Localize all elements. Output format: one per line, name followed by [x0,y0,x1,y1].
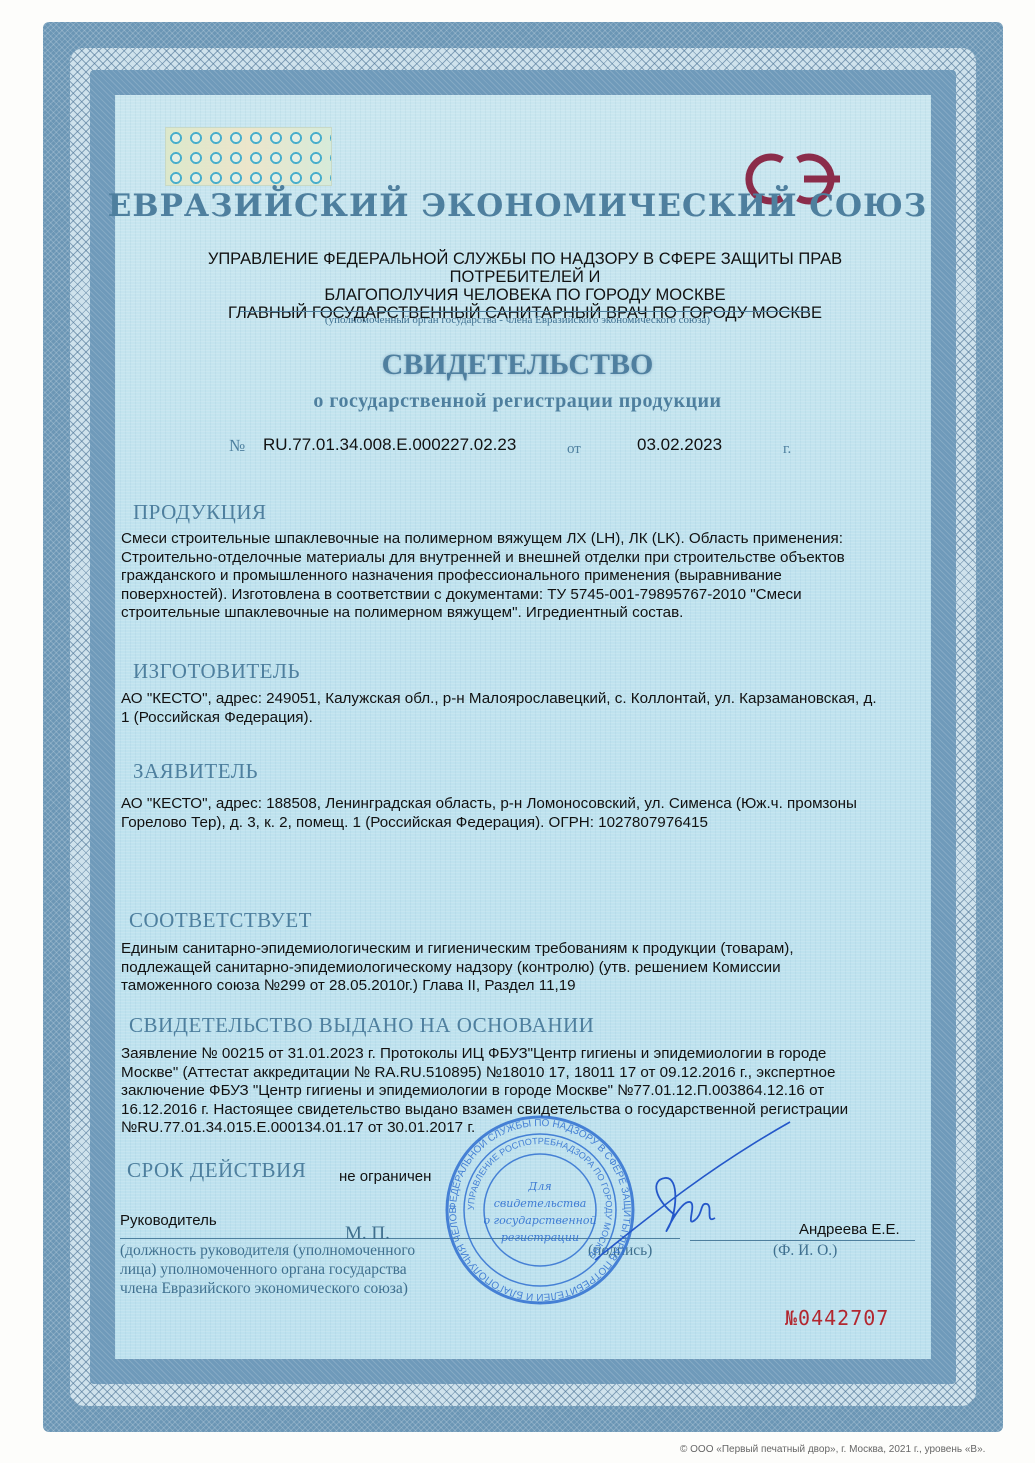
text-line: заключение ФБУЗ "Центр гигиены и эпидеми… [121,1082,848,1101]
text-line: члена Евразийского экономического союза) [120,1279,415,1298]
text-line: гражданского и промышленного назначения … [121,567,845,586]
section-title-basis: СВИДЕТЕЛЬСТВО ВЫДАНО НА ОСНОВАНИИ [129,1013,594,1038]
text-line: Горелово Тер), д. 3, к. 2, помещ. 1 (Рос… [121,814,857,833]
svg-text:свидетельства: свидетельства [494,1197,587,1210]
text-line: подлежащей санитарно-эпидемиологическому… [121,959,794,978]
section-title-manufacturer: ИЗГОТОВИТЕЛЬ [133,659,300,684]
text-line: 1 (Российская Федерация). [121,709,877,728]
text-line: поверхностей). Изготовлена в соответстви… [121,586,845,605]
text-line: Москве" (Аттестат аккредитации № RA.RU.5… [121,1064,848,1083]
certificate-subtitle: о государственной регистрации продукции [0,390,1035,413]
svg-text:о государственной: о государственной [483,1214,596,1227]
from-label: от [567,441,581,458]
text-line: АО "КЕСТО", адрес: 249051, Калужская обл… [121,690,877,709]
text-line: Заявление № 00215 от 31.01.2023 г. Прото… [121,1045,848,1064]
hologram-icon [165,127,332,186]
agency-note: (уполномоченный орган государства - член… [0,314,1035,326]
certificate-date: 03.02.2023 [637,435,722,455]
section-title-validity: СРОК ДЕЙСТВИЯ [127,1158,306,1183]
certificate-title: СВИДЕТЕЛЬСТВО [0,348,1035,382]
text-line: (должность руководителя (уполномоченного [120,1241,415,1260]
svg-text:Для: Для [527,1180,551,1193]
certificate-number: RU.77.01.34.008.E.000227.02.23 [263,435,516,455]
certificate-number-row: № RU.77.01.34.008.E.000227.02.23 от 03.0… [0,432,1035,462]
text-line: Единым санитарно-эпидемиологическим и ги… [121,940,794,959]
signatory-position: Руководитель [120,1212,217,1229]
text-line: Строительно-отделочные материалы для вну… [121,549,845,568]
section-title-applicant: ЗАЯВИТЕЛЬ [133,759,258,784]
text-line: Смеси строительные шпаклевочные на полим… [121,530,845,549]
text-line: АО "КЕСТО", адрес: 188508, Ленинградская… [121,795,857,814]
section-title-product: ПРОДУКЦИЯ [133,500,267,525]
year-suffix: г. [783,441,791,458]
position-note: (должность руководителя (уполномоченного… [120,1241,415,1298]
validity-value: не ограничен [339,1168,431,1185]
form-serial-number: №0442707 [785,1306,889,1330]
agency-line: УПРАВЛЕНИЕ ФЕДЕРАЛЬНОЙ СЛУЖБЫ ПО НАДЗОРУ… [140,250,910,286]
handwritten-signature [585,1120,815,1270]
divider [240,311,810,312]
union-title: ЕВРАЗИЙСКИЙ ЭКОНОМИЧЕСКИЙ СОЮЗ [0,188,1035,224]
section-title-conforms: СООТВЕТСТВУЕТ [129,908,312,933]
section-body-applicant: АО "КЕСТО", адрес: 188508, Ленинградская… [121,795,857,832]
printer-note: © ООО «Первый печатный двор», г. Москва,… [680,1444,985,1455]
text-line: строительные шпаклевочные на полимерном … [121,604,845,623]
text-line: лица) уполномоченного органа государства [120,1260,415,1279]
agency-line: БЛАГОПОЛУЧИЯ ЧЕЛОВЕКА ПО ГОРОДУ МОСКВЕ [140,286,910,304]
number-sign: № [229,436,245,456]
section-body-conforms: Единым санитарно-эпидемиологическим и ги… [121,940,794,996]
section-body-product: Смеси строительные шпаклевочные на полим… [121,530,845,623]
section-body-manufacturer: АО "КЕСТО", адрес: 249051, Калужская обл… [121,690,877,727]
text-line: таможенного союза №299 от 28.05.2010г.) … [121,977,794,996]
svg-text:регистрации: регистрации [501,1231,579,1244]
